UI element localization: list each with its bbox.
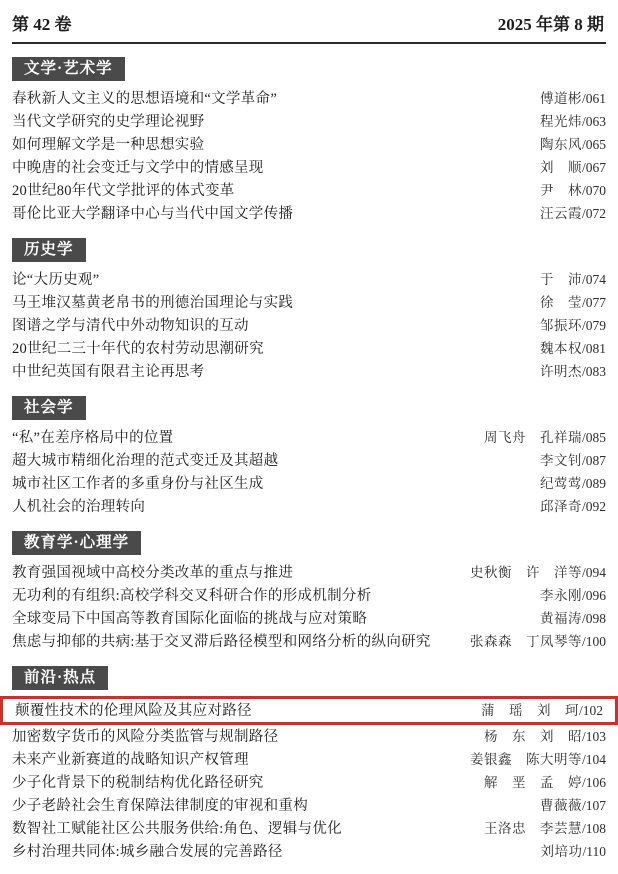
article-ref: 史秋衡 许 洋等/094: [460, 564, 606, 582]
article-page-number: /100: [582, 634, 606, 649]
article-ref: 汪云霞/072: [530, 205, 606, 223]
article-ref: 周飞舟 孔祥瑞/085: [474, 429, 606, 447]
section-sociology: 社会学 “私”在差序格局中的位置周飞舟 孔祥瑞/085超大城市精细化治理的范式变…: [12, 396, 606, 518]
section-items: “私”在差序格局中的位置周飞舟 孔祥瑞/085超大城市精细化治理的范式变迁及其超…: [12, 426, 606, 518]
article-page-number: /067: [582, 160, 606, 175]
article-authors: 张森森 丁凤琴等: [470, 634, 582, 649]
article-page-number: /063: [582, 114, 606, 129]
article-authors: 魏本权: [540, 341, 582, 356]
article-title: 少子化背景下的税制结构优化路径研究: [12, 774, 264, 792]
article-title: 马王堆汉墓黄老帛书的刑德治国理论与实践: [12, 294, 293, 312]
article-authors: 曹薇薇: [540, 798, 582, 813]
article-authors: 尹 林: [540, 183, 582, 198]
article-authors: 李永刚: [540, 588, 582, 603]
article-page-number: /106: [582, 775, 606, 790]
article-page-number: /085: [582, 430, 606, 445]
toc-item[interactable]: 马王堆汉墓黄老帛书的刑德治国理论与实践徐 莹/077: [12, 291, 606, 314]
article-page-number: /107: [582, 798, 606, 813]
section-items: 颠覆性技术的伦理风险及其应对路径蒲 瑶 刘 珂/102加密数字货币的风险分类监管…: [12, 696, 606, 863]
article-ref: 于 沛/074: [530, 271, 606, 289]
toc-item[interactable]: 乡村治理共同体:城乡融合发展的完善路径刘培功/110: [12, 840, 606, 863]
article-title: 中世纪英国有限君主论再思考: [12, 363, 204, 381]
article-title: “私”在差序格局中的位置: [12, 429, 173, 447]
article-ref: 魏本权/081: [530, 340, 606, 358]
article-ref: 许明杰/083: [530, 363, 606, 381]
toc-item-highlighted[interactable]: 颠覆性技术的伦理风险及其应对路径蒲 瑶 刘 珂/102: [0, 696, 618, 725]
toc-item[interactable]: 中晚唐的社会变迁与文学中的情感呈现刘 顺/067: [12, 156, 606, 179]
volume-label: 第 42 卷: [12, 10, 72, 35]
toc-item[interactable]: 20世纪二三十年代的农村劳动思潮研究魏本权/081: [12, 337, 606, 360]
article-title: 20世纪80年代文学批评的体式变革: [12, 182, 235, 200]
article-ref: 纪莺莺/089: [530, 475, 606, 493]
article-ref: 李永刚/096: [530, 587, 606, 605]
toc-item[interactable]: 当代文学研究的史学理论视野程光炜/063: [12, 110, 606, 133]
toc-item[interactable]: 少子化背景下的税制结构优化路径研究解 垩 孟 婷/106: [12, 771, 606, 794]
article-authors: 邹振环: [540, 318, 582, 333]
article-title: 全球变局下中国高等教育国际化面临的挑战与应对策略: [12, 610, 367, 628]
article-authors: 刘 顺: [540, 160, 582, 175]
section-header: 前沿·热点: [12, 666, 108, 690]
article-authors: 王洛忠 李芸慧: [484, 821, 582, 836]
article-page-number: /102: [579, 703, 603, 718]
toc-item[interactable]: 少子老龄社会生育保障法律制度的审视和重构曹薇薇/107: [12, 794, 606, 817]
toc-item[interactable]: 如何理解文学是一种思想实验陶东风/065: [12, 133, 606, 156]
article-page-number: /074: [582, 272, 606, 287]
article-page-number: /083: [582, 364, 606, 379]
article-authors: 许明杰: [540, 364, 582, 379]
article-ref: 刘 顺/067: [530, 159, 606, 177]
article-page-number: /098: [582, 611, 606, 626]
article-page-number: /104: [582, 752, 606, 767]
article-ref: 王洛忠 李芸慧/108: [474, 820, 606, 838]
toc-item[interactable]: 人机社会的治理转向邱泽奇/092: [12, 495, 606, 518]
toc-item[interactable]: 加密数字货币的风险分类监管与规制路径杨 东 刘 昭/103: [12, 725, 606, 748]
article-ref: 蒲 瑶 刘 珂/102: [471, 702, 603, 720]
article-authors: 刘培功: [541, 844, 583, 859]
article-title: 如何理解文学是一种思想实验: [12, 136, 204, 154]
toc-item[interactable]: 论“大历史观”于 沛/074: [12, 268, 606, 291]
issue-label: 2025 年第 8 期: [498, 10, 604, 35]
section-header: 文学·艺术学: [12, 57, 125, 81]
article-authors: 于 沛: [540, 272, 582, 287]
section-header: 教育学·心理学: [12, 531, 141, 555]
article-ref: 刘培功/110: [531, 843, 607, 861]
article-title: 颠覆性技术的伦理风险及其应对路径: [15, 702, 252, 720]
article-authors: 徐 莹: [540, 295, 582, 310]
article-authors: 李文钊: [540, 453, 582, 468]
article-authors: 蒲 瑶 刘 珂: [481, 703, 579, 718]
article-ref: 姜银鑫 陈大明等/104: [460, 751, 606, 769]
section-items: 论“大历史观”于 沛/074马王堆汉墓黄老帛书的刑德治国理论与实践徐 莹/077…: [12, 268, 606, 383]
article-authors: 解 垩 孟 婷: [484, 775, 582, 790]
toc-item[interactable]: 超大城市精细化治理的范式变迁及其超越李文钊/087: [12, 449, 606, 472]
section-items: 教育强国视域中高校分类改革的重点与推进史秋衡 许 洋等/094无功利的有组织:高…: [12, 561, 606, 653]
article-ref: 黄福涛/098: [530, 610, 606, 628]
article-title: 人机社会的治理转向: [12, 498, 145, 516]
article-ref: 曹薇薇/107: [530, 797, 606, 815]
article-authors: 杨 东 刘 昭: [484, 729, 582, 744]
article-ref: 邹振环/079: [530, 317, 606, 335]
section-history: 历史学 论“大历史观”于 沛/074马王堆汉墓黄老帛书的刑德治国理论与实践徐 莹…: [12, 238, 606, 383]
toc-item[interactable]: 城市社区工作者的多重身份与社区生成纪莺莺/089: [12, 472, 606, 495]
article-title: 哥伦比亚大学翻译中心与当代中国文学传播: [12, 205, 293, 223]
article-title: 20世纪二三十年代的农村劳动思潮研究: [12, 340, 264, 358]
article-authors: 程光炜: [540, 114, 582, 129]
article-title: 加密数字货币的风险分类监管与规制路径: [12, 728, 278, 746]
section-literature-art: 文学·艺术学 春秋新人文主义的思想语境和“文学革命”傅道彬/061当代文学研究的…: [12, 57, 606, 225]
article-page-number: /110: [583, 844, 607, 859]
article-ref: 邱泽奇/092: [530, 498, 606, 516]
page-header: 第 42 卷 2025 年第 8 期: [12, 8, 606, 44]
article-page-number: /096: [582, 588, 606, 603]
article-title: 春秋新人文主义的思想语境和“文学革命”: [12, 90, 277, 108]
article-title: 超大城市精细化治理的范式变迁及其超越: [12, 452, 278, 470]
article-title: 数智社工赋能社区公共服务供给:角色、逻辑与优化: [12, 820, 342, 838]
article-authors: 姜银鑫 陈大明等: [470, 752, 582, 767]
article-ref: 李文钊/087: [530, 452, 606, 470]
article-page-number: /065: [582, 137, 606, 152]
toc-item[interactable]: 数智社工赋能社区公共服务供给:角色、逻辑与优化王洛忠 李芸慧/108: [12, 817, 606, 840]
article-ref: 张森森 丁凤琴等/100: [460, 633, 606, 651]
article-ref: 程光炜/063: [530, 113, 606, 131]
article-title: 乡村治理共同体:城乡融合发展的完善路径: [12, 843, 283, 861]
toc-item[interactable]: 中世纪英国有限君主论再思考许明杰/083: [12, 360, 606, 383]
section-frontier-hot-topics: 前沿·热点 颠覆性技术的伦理风险及其应对路径蒲 瑶 刘 珂/102加密数字货币的…: [12, 666, 606, 863]
article-title: 图谱之学与清代中外动物知识的互动: [12, 317, 249, 335]
article-title: 城市社区工作者的多重身份与社区生成: [12, 475, 264, 493]
article-title: 论“大历史观”: [12, 271, 99, 289]
toc-item[interactable]: 教育强国视域中高校分类改革的重点与推进史秋衡 许 洋等/094: [12, 561, 606, 584]
article-page-number: /089: [582, 476, 606, 491]
article-title: 未来产业新赛道的战略知识产权管理: [12, 751, 249, 769]
toc-item[interactable]: 图谱之学与清代中外动物知识的互动邹振环/079: [12, 314, 606, 337]
article-ref: 傅道彬/061: [530, 90, 606, 108]
toc-item[interactable]: 无功利的有组织:高校学科交叉科研合作的形成机制分析李永刚/096: [12, 584, 606, 607]
article-page-number: /087: [582, 453, 606, 468]
article-ref: 杨 东 刘 昭/103: [474, 728, 606, 746]
article-ref: 陶东风/065: [530, 136, 606, 154]
toc-item[interactable]: 未来产业新赛道的战略知识产权管理姜银鑫 陈大明等/104: [12, 748, 606, 771]
article-page-number: /108: [582, 821, 606, 836]
article-authors: 黄福涛: [540, 611, 582, 626]
article-title: 教育强国视域中高校分类改革的重点与推进: [12, 564, 293, 582]
article-authors: 史秋衡 许 洋等: [470, 565, 582, 580]
article-page-number: /094: [582, 565, 606, 580]
article-ref: 尹 林/070: [530, 182, 606, 200]
article-page-number: /092: [582, 499, 606, 514]
article-page-number: /072: [582, 206, 606, 221]
article-ref: 解 垩 孟 婷/106: [474, 774, 606, 792]
section-header: 社会学: [12, 396, 86, 420]
article-authors: 傅道彬: [540, 91, 582, 106]
article-title: 无功利的有组织:高校学科交叉科研合作的形成机制分析: [12, 587, 372, 605]
article-authors: 汪云霞: [540, 206, 582, 221]
toc-item[interactable]: 春秋新人文主义的思想语境和“文学革命”傅道彬/061: [12, 87, 606, 110]
toc-item[interactable]: 20世纪80年代文学批评的体式变革尹 林/070: [12, 179, 606, 202]
article-title: 中晚唐的社会变迁与文学中的情感呈现: [12, 159, 264, 177]
article-authors: 陶东风: [540, 137, 582, 152]
journal-toc-page: 第 42 卷 2025 年第 8 期 文学·艺术学 春秋新人文主义的思想语境和“…: [0, 0, 618, 863]
section-header: 历史学: [12, 238, 86, 262]
section-items: 春秋新人文主义的思想语境和“文学革命”傅道彬/061当代文学研究的史学理论视野程…: [12, 87, 606, 225]
article-title: 焦虑与抑郁的共病:基于交叉滞后路径模型和网络分析的纵向研究: [12, 633, 431, 651]
article-page-number: /070: [582, 183, 606, 198]
article-page-number: /061: [582, 91, 606, 106]
article-title: 少子老龄社会生育保障法律制度的审视和重构: [12, 797, 308, 815]
toc-item[interactable]: 焦虑与抑郁的共病:基于交叉滞后路径模型和网络分析的纵向研究张森森 丁凤琴等/10…: [12, 630, 606, 653]
section-education-psychology: 教育学·心理学 教育强国视域中高校分类改革的重点与推进史秋衡 许 洋等/094无…: [12, 531, 606, 653]
article-page-number: /081: [582, 341, 606, 356]
toc-item[interactable]: 哥伦比亚大学翻译中心与当代中国文学传播汪云霞/072: [12, 202, 606, 225]
article-title: 当代文学研究的史学理论视野: [12, 113, 204, 131]
article-authors: 纪莺莺: [540, 476, 582, 491]
article-page-number: /077: [582, 295, 606, 310]
article-page-number: /103: [582, 729, 606, 744]
toc-item[interactable]: 全球变局下中国高等教育国际化面临的挑战与应对策略黄福涛/098: [12, 607, 606, 630]
toc-item[interactable]: “私”在差序格局中的位置周飞舟 孔祥瑞/085: [12, 426, 606, 449]
article-page-number: /079: [582, 318, 606, 333]
article-authors: 周飞舟 孔祥瑞: [484, 430, 582, 445]
article-authors: 邱泽奇: [540, 499, 582, 514]
article-ref: 徐 莹/077: [530, 294, 606, 312]
